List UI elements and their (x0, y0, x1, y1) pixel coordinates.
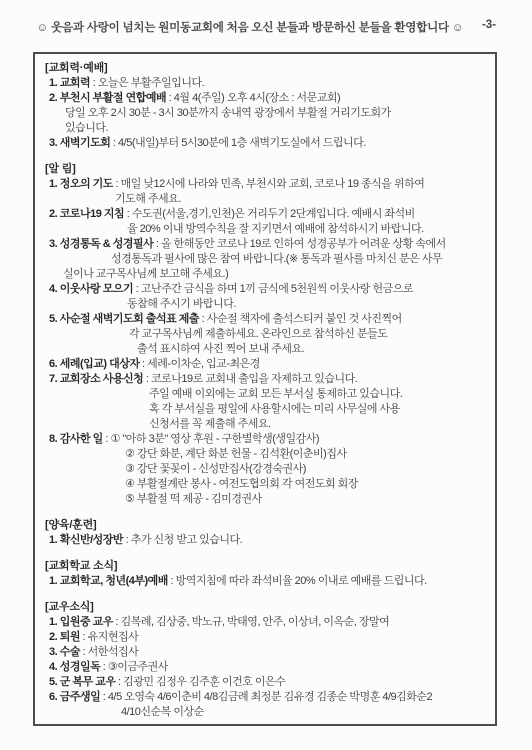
item-text: : 수도권(서울,경기,인천)은 거리두기 2단계입니다. 예배시 좌석비 (124, 208, 415, 220)
continuation-line: 혹 각 부서실을 평일에 사용할시에는 미리 사무실에 사용 (45, 402, 486, 417)
item-line: 1. 정오의 기도 : 매일 낮12시에 나라와 민족, 부천시와 교회, 코로… (45, 177, 486, 192)
bulletin-item: 7. 교회장소 사용신청 : 코로나19로 교회내 출입을 자제하고 있습니다.… (45, 372, 486, 432)
item-line: 1. 교회학교, 청년(4부)예배 : 방역지침에 따라 좌석비율 20% 이내… (45, 574, 486, 589)
section-church-school-news: [교회학교 소식]1. 교회학교, 청년(4부)예배 : 방역지침에 따라 좌석… (45, 559, 486, 589)
bulletin-item: 2. 퇴원 : 유지현집사 (45, 630, 486, 645)
item-line: 2. 부천시 부활절 연합예배 : 4월 4(주일) 오후 4시(장소 : 서문… (45, 91, 486, 106)
item-label: 1. 교회학교, 청년(4부)예배 (49, 575, 168, 587)
continuation-line: 기도해 주세요. (45, 192, 486, 207)
continuation-line: 당일 오후 2시 30분 - 3시 30분까지 송내역 광장에서 부활절 거리기… (45, 106, 486, 121)
continuation-line: 각 교구목사님께 제출하세요. 온라인으로 참석하신 분들도 (45, 327, 486, 342)
page-number: -3- (482, 19, 496, 31)
bulletin-item: 1. 교회학교, 청년(4부)예배 : 방역지침에 따라 좌석비율 20% 이내… (45, 574, 486, 589)
item-label: 8. 감사한 일 (49, 433, 103, 445)
section-church-calendar-worship: [교회력·예배]1. 교회력 : 오늘은 부활주일입니다.2. 부천시 부활절 … (45, 61, 486, 151)
bulletin-item: 4. 이웃사랑 모으기 : 고난주간 금식을 하며 1끼 금식에 5천원씩 이웃… (45, 282, 486, 312)
item-label: 4. 성경일독 (49, 661, 100, 673)
item-text: : 매일 낮12시에 나라와 민족, 부천시와 교회, 코로나 19 종식을 위… (113, 178, 424, 190)
item-text: : 고난주간 금식을 하며 1끼 금식에 5천원씩 이웃사랑 헌금으로 (133, 283, 413, 295)
section-announcements: [알 림]1. 정오의 기도 : 매일 낮12시에 나라와 민족, 부천시와 교… (45, 162, 486, 507)
item-line: 4. 성경일독 : ③이금주권사 (45, 660, 486, 675)
bulletin-item: 1. 확신반/성장반 : 추가 신청 받고 있습니다. (45, 533, 486, 548)
bulletin-item: 6. 금주생일 : 4/5 오영숙 4/6이춘비 4/8김금례 최정분 김유경 … (45, 690, 486, 720)
item-line: 5. 군 복무 교우 : 김광민 김정우 김주훈 이건호 이은수 (45, 675, 486, 690)
section-member-news: [교우소식]1. 입원중 교우 : 김복례, 김상중, 박노규, 박태영, 안주… (45, 600, 486, 720)
item-line: 1. 교회력 : 오늘은 부활주일입니다. (45, 76, 486, 91)
item-line: 8. 감사한 일 : ① "아하 3분" 영상 후원 - 구한별학생(생일감사) (45, 432, 486, 447)
item-label: 3. 수술 (49, 646, 80, 658)
bulletin-item: 3. 수술 : 서한석집사 (45, 645, 486, 660)
item-label: 1. 교회력 (49, 77, 90, 89)
sections: [교회력·예배]1. 교회력 : 오늘은 부활주일입니다.2. 부천시 부활절 … (45, 61, 486, 720)
item-line: 3. 새벽기도회 : 4/5(내일)부터 5시30분에 1층 새벽기도실에서 드… (45, 136, 486, 151)
section-title: [교회력·예배] (45, 61, 486, 76)
item-text: : ③이금주권사 (100, 661, 168, 673)
item-text: : ① "아하 3분" 영상 후원 - 구한별학생(생일감사) (103, 433, 319, 445)
item-label: 5. 사순절 새벽기도회 출석표 제출 (49, 313, 199, 325)
item-line: 3. 성경통독 & 성경필사 : 올 한해동안 코로나 19로 인하여 성경공부… (45, 237, 486, 252)
bulletin-item: 5. 군 복무 교우 : 김광민 김정우 김주훈 이건호 이은수 (45, 675, 486, 690)
bulletin-box: [교회력·예배]1. 교회력 : 오늘은 부활주일입니다.2. 부천시 부활절 … (33, 52, 497, 726)
bulletin-item: 4. 성경일독 : ③이금주권사 (45, 660, 486, 675)
item-text: : 서한석집사 (80, 646, 138, 658)
item-label: 6. 세례(입교) 대상자 (49, 358, 140, 370)
item-line: 6. 금주생일 : 4/5 오영숙 4/6이춘비 4/8김금례 최정분 김유경 … (45, 690, 486, 705)
continuation-line: 율 20% 이내 방역수칙을 잘 지키면서 예배에 참석하시기 바랍니다. (45, 222, 486, 237)
item-line: 6. 세례(입교) 대상자 : 세례-이차순, 입교-최은경 (45, 357, 486, 372)
item-label: 1. 확신반/성장반 (49, 534, 123, 546)
item-text: : 김복례, 김상중, 박노규, 박태영, 안주, 이상녀, 이옥순, 장말여 (113, 616, 389, 628)
item-text: : 유지현집사 (80, 631, 138, 643)
bulletin-item: 2. 부천시 부활절 연합예배 : 4월 4(주일) 오후 4시(장소 : 서문… (45, 91, 486, 136)
section-title: [양육/훈련] (45, 518, 486, 533)
item-line: 5. 사순절 새벽기도회 출석표 제출 : 사순절 책자에 출석스티커 붙인 것… (45, 312, 486, 327)
item-label: 7. 교회장소 사용신청 (49, 373, 143, 385)
continuation-line: ⑤ 부활절 떡 제공 - 김미경권사 (45, 492, 486, 507)
item-line: 2. 코로나19 지침 : 수도권(서울,경기,인천)은 거리두기 2단계입니다… (45, 207, 486, 222)
bulletin-item: 5. 사순절 새벽기도회 출석표 제출 : 사순절 책자에 출석스티커 붙인 것… (45, 312, 486, 357)
bulletin-item: 6. 세례(입교) 대상자 : 세례-이차순, 입교-최은경 (45, 357, 486, 372)
item-label: 2. 부천시 부활절 연합예배 (49, 92, 166, 104)
continuation-line: 성경통독과 필사에 많은 참여 바랍니다.(※ 통독과 필사를 마치신 분은 사… (45, 252, 486, 267)
item-text: : 오늘은 부활주일입니다. (90, 77, 204, 89)
item-line: 1. 확신반/성장반 : 추가 신청 받고 있습니다. (45, 533, 486, 548)
continuation-line: 동참해 주시기 바랍니다. (45, 297, 486, 312)
item-text: : 4/5 오영숙 4/6이춘비 4/8김금례 최정분 김유경 김종순 박명훈 … (100, 691, 432, 703)
bulletin-item: 3. 성경통독 & 성경필사 : 올 한해동안 코로나 19로 인하여 성경공부… (45, 237, 486, 282)
bulletin-item: 2. 코로나19 지침 : 수도권(서울,경기,인천)은 거리두기 2단계입니다… (45, 207, 486, 237)
bulletin-item: 1. 교회력 : 오늘은 부활주일입니다. (45, 76, 486, 91)
section-title: [교회학교 소식] (45, 559, 486, 574)
item-label: 5. 군 복무 교우 (49, 676, 115, 688)
item-line: 1. 입원중 교우 : 김복례, 김상중, 박노규, 박태영, 안주, 이상녀,… (45, 615, 486, 630)
item-label: 1. 정오의 기도 (49, 178, 113, 190)
item-label: 3. 성경통독 & 성경필사 (49, 238, 153, 250)
item-text: : 김광민 김정우 김주훈 이건호 이은수 (115, 676, 285, 688)
continuation-line: 실이나 교구목사님께 보고해 주세요.) (45, 267, 486, 282)
continuation-line: 있습니다. (45, 121, 486, 136)
item-label: 2. 코로나19 지침 (49, 208, 124, 220)
welcome-banner: ☺ 웃음과 사랑이 넘치는 원미동교회에 처음 오신 분들과 방문하신 분들을 … (0, 19, 500, 35)
item-line: 2. 퇴원 : 유지현집사 (45, 630, 486, 645)
item-text: : 4/5(내일)부터 5시30분에 1층 새벽기도실에서 드립니다. (110, 137, 365, 149)
item-line: 7. 교회장소 사용신청 : 코로나19로 교회내 출입을 자제하고 있습니다. (45, 372, 486, 387)
bulletin-item: 1. 정오의 기도 : 매일 낮12시에 나라와 민족, 부천시와 교회, 코로… (45, 177, 486, 207)
continuation-line: 출석 표시하여 사진 찍어 보내 주세요. (45, 342, 486, 357)
item-text: : 방역지침에 따라 좌석비율 20% 이내로 예배를 드립니다. (168, 575, 427, 587)
section-nurture-training: [양육/훈련]1. 확신반/성장반 : 추가 신청 받고 있습니다. (45, 518, 486, 548)
item-label: 3. 새벽기도회 (49, 137, 110, 149)
item-label: 1. 입원중 교우 (49, 616, 113, 628)
continuation-line: 4/10신순복 이상순 (45, 705, 486, 720)
continuation-line: ④ 부활절계란 봉사 - 여전도협의회 각 여전도회 회장 (45, 477, 486, 492)
item-text: : 올 한해동안 코로나 19로 인하여 성경공부가 어려운 상황 속에서 (153, 238, 446, 250)
item-label: 2. 퇴원 (49, 631, 80, 643)
continuation-line: ③ 강단 꽃꽂이 - 신성만집사(강경숙권사) (45, 462, 486, 477)
item-text: : 추가 신청 받고 있습니다. (123, 534, 242, 546)
bulletin-item: 8. 감사한 일 : ① "아하 3분" 영상 후원 - 구한별학생(생일감사)… (45, 432, 486, 507)
bulletin-item: 1. 입원중 교우 : 김복례, 김상중, 박노규, 박태영, 안주, 이상녀,… (45, 615, 486, 630)
item-text: : 4월 4(주일) 오후 4시(장소 : 서문교회) (166, 92, 340, 104)
bulletin-item: 3. 새벽기도회 : 4/5(내일)부터 5시30분에 1층 새벽기도실에서 드… (45, 136, 486, 151)
item-text: : 코로나19로 교회내 출입을 자제하고 있습니다. (143, 373, 357, 385)
item-text: : 사순절 책자에 출석스티커 붙인 것 사진찍어 (199, 313, 402, 325)
continuation-line: 주일 예배 이외에는 교회 모든 부서실 통제하고 있습니다. (45, 387, 486, 402)
item-text: : 세례-이차순, 입교-최은경 (140, 358, 260, 370)
section-title: [알 림] (45, 162, 486, 177)
item-label: 6. 금주생일 (49, 691, 100, 703)
item-line: 4. 이웃사랑 모으기 : 고난주간 금식을 하며 1끼 금식에 5천원씩 이웃… (45, 282, 486, 297)
item-line: 3. 수술 : 서한석집사 (45, 645, 486, 660)
item-label: 4. 이웃사랑 모으기 (49, 283, 133, 295)
continuation-line: ② 강단 화분, 계단 화분 헌물 - 김석환(이춘비)집사 (45, 447, 486, 462)
section-title: [교우소식] (45, 600, 486, 615)
continuation-line: 신청서를 꼭 제출해 주세요. (45, 417, 486, 432)
